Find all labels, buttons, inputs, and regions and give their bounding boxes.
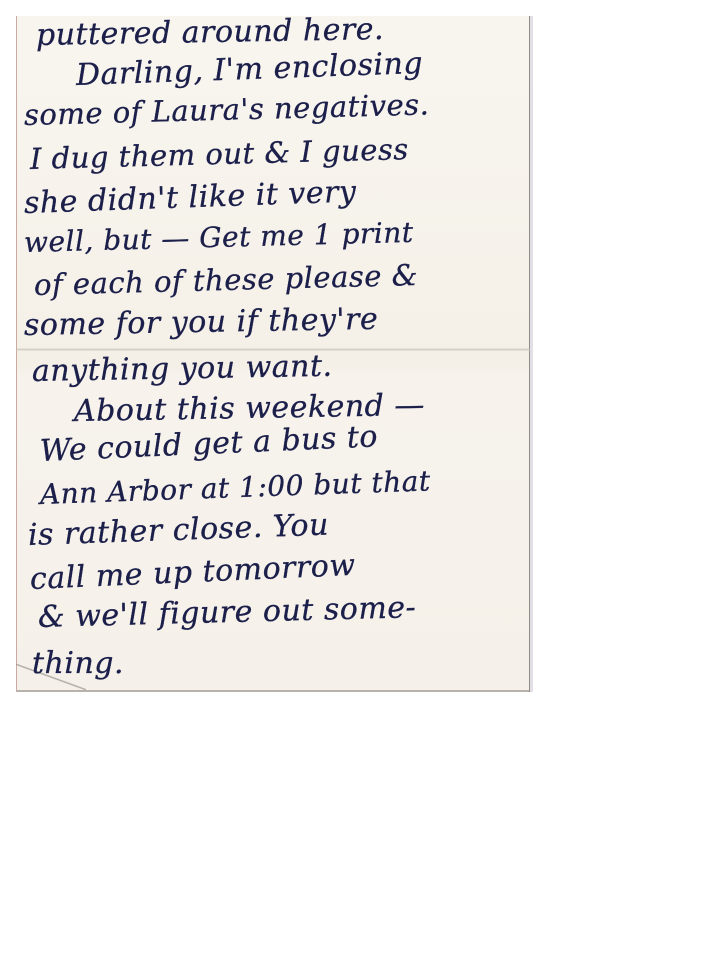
text-line-9: anything you want.	[32, 349, 333, 389]
text-line-13: is rather close. You	[27, 508, 329, 553]
text-line-7: of each of these please &	[34, 258, 419, 302]
text-line-8: some for you if they're	[24, 302, 379, 343]
text-line-6: well, but — Get me 1 print	[24, 216, 414, 259]
text-line-14: call me up tomorrow	[29, 548, 356, 597]
page-edge-shadow	[530, 16, 533, 692]
handwritten-text: puttered around here. Darling, I'm enclo…	[16, 16, 532, 692]
text-line-3: some of Laura's negatives.	[24, 87, 430, 132]
text-line-16: thing.	[32, 646, 124, 681]
text-line-4: I dug them out & I guess	[30, 132, 410, 176]
text-line-15: & we'll figure out some-	[38, 590, 417, 635]
text-line-12: Ann Arbor at 1:00 but that	[39, 464, 431, 511]
text-line-1: puttered around here.	[36, 16, 385, 53]
text-line-2: Darling, I'm enclosing	[75, 46, 423, 93]
text-line-5: she didn't like it very	[23, 174, 357, 221]
letter-page: puttered around here. Darling, I'm enclo…	[16, 16, 532, 692]
